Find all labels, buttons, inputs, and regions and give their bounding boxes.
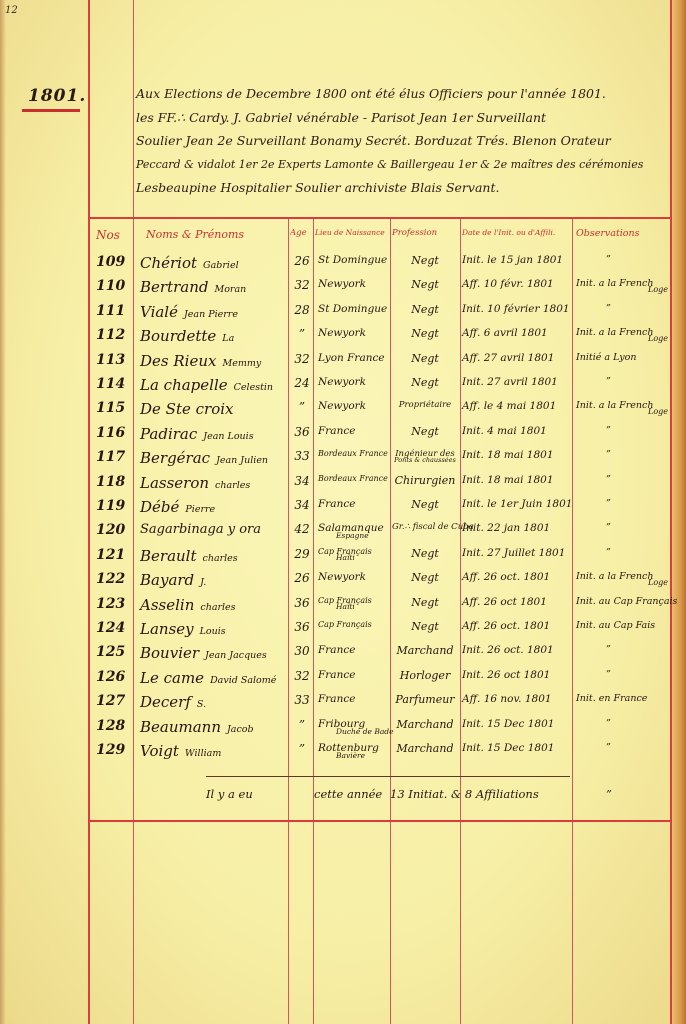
initiation-date: Init. 18 mai 1801 xyxy=(462,449,572,461)
table-row: 129VoigtWilliam”RottenburgBavièreMarchan… xyxy=(0,742,686,768)
member-number: 128 xyxy=(96,718,132,734)
profession-main: Negt xyxy=(411,327,439,340)
table-bottom-rule xyxy=(88,820,672,822)
observation: Init. a la FrenchLoge xyxy=(576,400,676,416)
surname: Le came xyxy=(140,669,204,687)
initiation-date: Init. 18 mai 1801 xyxy=(462,474,572,486)
member-name: VoigtWilliam xyxy=(140,742,288,760)
table-row: 116PadiracJean Louis36FranceNegtInit. 4 … xyxy=(0,425,686,451)
given-names: Jean Louis xyxy=(203,431,253,442)
given-names: Louis xyxy=(200,626,226,637)
birthplace: France xyxy=(318,644,390,653)
initiation-date: Aff. le 4 mai 1801 xyxy=(462,400,572,412)
member-name: BourdetteLa xyxy=(140,327,288,345)
member-name: Beraultcharles xyxy=(140,547,288,565)
profession: Negt xyxy=(392,303,458,313)
surname: Voigt xyxy=(140,742,179,760)
member-number: 125 xyxy=(96,644,132,660)
age: 33 xyxy=(292,693,312,707)
observation-main: ” xyxy=(606,254,611,265)
birthplace-main: Newyork xyxy=(318,571,366,583)
age: 29 xyxy=(292,547,312,561)
observation-main: Init. au Cap Fais xyxy=(576,620,655,631)
observation: Init. a la FrenchLoge xyxy=(576,571,676,587)
initiation-date: Init. 27 Juillet 1801 xyxy=(462,547,572,559)
initiation-date: Init. 22 jan 1801 xyxy=(462,522,572,534)
table-row: 122BayardJ.26NewyorkNegtAff. 26 oct. 180… xyxy=(0,571,686,597)
profession: Negt xyxy=(392,620,458,630)
birthplace-region: Duché de Bade xyxy=(336,727,390,736)
member-name: Le cameDavid Salomé xyxy=(140,669,288,687)
given-names: La xyxy=(222,333,234,344)
birthplace-main: France xyxy=(318,425,355,437)
profession: Negt xyxy=(392,376,458,386)
profession-main: Propriétaire xyxy=(399,400,451,410)
member-name: ChériotGabriel xyxy=(140,254,288,272)
observation-main: Init. a la French xyxy=(576,400,653,411)
surname: Asselin xyxy=(140,596,194,614)
profession: Chirurgien xyxy=(392,474,458,484)
age: 32 xyxy=(292,278,312,292)
profession: Negt xyxy=(392,571,458,581)
observation: Init. a la FrenchLoge xyxy=(576,278,676,294)
profession: Negt xyxy=(392,425,458,435)
header-observations: Observations xyxy=(576,228,672,239)
header-date: Date de l'Init. ou d'Affili. xyxy=(462,228,572,237)
surname: Débé xyxy=(140,498,179,516)
age: 28 xyxy=(292,303,312,317)
profession: Negt xyxy=(392,547,458,557)
given-names: Memmy xyxy=(222,358,261,369)
surname: Chériot xyxy=(140,254,197,272)
header-name: Noms & Prénoms xyxy=(146,228,286,241)
summary-text: Il y a eu xyxy=(206,787,253,801)
birthplace: France xyxy=(318,693,390,702)
given-names: Jacob xyxy=(227,724,254,735)
observation-main: Init. a la French xyxy=(576,278,653,289)
initiation-date: Aff. 26 oct. 1801 xyxy=(462,571,572,583)
given-names: Gabriel xyxy=(203,260,239,271)
age: ” xyxy=(292,742,312,756)
observation-main: ” xyxy=(606,474,611,485)
member-name: BergéracJean Julien xyxy=(140,449,288,467)
initiation-date: Init. 27 avril 1801 xyxy=(462,376,572,388)
birthplace: Newyork xyxy=(318,327,390,336)
member-number: 117 xyxy=(96,449,132,465)
member-name: DecerfS. xyxy=(140,693,288,711)
age: 36 xyxy=(292,425,312,439)
observation: Initié a Lyon xyxy=(576,352,676,359)
birthplace: Cap FrançaisHaïti xyxy=(318,547,390,562)
member-number: 120 xyxy=(96,522,132,538)
birthplace-main: France xyxy=(318,498,355,510)
age: 36 xyxy=(292,620,312,634)
age: 34 xyxy=(292,474,312,488)
surname: Bouvier xyxy=(140,644,199,662)
table-row: 115De Ste croix”NewyorkPropriétaireAff. … xyxy=(0,400,686,426)
profession: Negt xyxy=(392,254,458,264)
age: 42 xyxy=(292,522,312,536)
member-name: Asselincharles xyxy=(140,596,288,614)
surname: La chapelle xyxy=(140,376,228,394)
observation-main: ” xyxy=(606,669,611,680)
observation-main: Init. a la French xyxy=(576,571,653,582)
age: 33 xyxy=(292,449,312,463)
initiation-date: Aff. 26 oct 1801 xyxy=(462,596,572,608)
birthplace-main: France xyxy=(318,693,355,705)
table-row: 125BouvierJean Jacques30FranceMarchandIn… xyxy=(0,644,686,670)
member-number: 119 xyxy=(96,498,132,514)
given-names: charles xyxy=(200,602,235,613)
surname: De Ste croix xyxy=(140,400,233,418)
initiation-date: Aff. 10 févr. 1801 xyxy=(462,278,572,290)
surname: Beaumann xyxy=(140,718,221,736)
header-age: Age xyxy=(290,228,312,238)
initiation-date: Init. 15 Dec 1801 xyxy=(462,718,572,730)
surname: Padirac xyxy=(140,425,197,443)
initiation-date: Aff. 6 avril 1801 xyxy=(462,327,572,339)
birthplace-main: Bordeaux France xyxy=(318,474,388,483)
member-number: 113 xyxy=(96,352,132,368)
surname: Des Rieux xyxy=(140,352,216,370)
initiation-date: Aff. 26 oct. 1801 xyxy=(462,620,572,632)
observation: ” xyxy=(576,669,686,676)
member-number: 122 xyxy=(96,571,132,587)
observation-main: Init. a la French xyxy=(576,327,653,338)
observation-main: ” xyxy=(606,498,611,509)
birthplace: St Domingue xyxy=(318,254,390,263)
member-number: 118 xyxy=(96,474,132,490)
age: 30 xyxy=(292,644,312,658)
given-names: Pierre xyxy=(185,504,215,515)
observation: ” xyxy=(576,742,686,749)
observation-main: ” xyxy=(606,449,611,460)
year-heading: 1801. xyxy=(28,86,86,106)
birthplace: Cap Français xyxy=(318,620,390,626)
profession-main: Negt xyxy=(411,571,439,584)
birthplace: Bordeaux France xyxy=(318,474,390,480)
birthplace: FribourgDuché de Bade xyxy=(318,718,390,736)
observation: ” xyxy=(576,425,686,432)
table-row: 126Le cameDavid Salomé32FranceHorlogerIn… xyxy=(0,669,686,695)
initiation-date: Init. le 15 jan 1801 xyxy=(462,254,572,266)
profession: Marchand xyxy=(392,644,458,654)
profession-main: Marchand xyxy=(396,742,453,755)
observation-main: ” xyxy=(606,376,611,387)
observation: Init. a la FrenchLoge xyxy=(576,327,676,343)
table-row: 127DecerfS.33FranceParfumeurAff. 16 nov.… xyxy=(0,693,686,719)
given-names: S. xyxy=(197,699,206,710)
member-name: La chapelleCelestin xyxy=(140,376,288,394)
profession: Propriétaire xyxy=(392,400,458,407)
profession-main: Negt xyxy=(411,303,439,316)
birthplace-main: Cap Français xyxy=(318,620,372,629)
table-row: 123Asselincharles36Cap FrançaisHaïtiNegt… xyxy=(0,596,686,622)
page-number: 12 xyxy=(5,5,18,16)
birthplace: France xyxy=(318,498,390,507)
surname: Bertrand xyxy=(140,278,208,296)
surname: Berault xyxy=(140,547,197,565)
member-name: Des RieuxMemmy xyxy=(140,352,288,370)
observation-main: Initié a Lyon xyxy=(576,352,636,363)
table-row: 118Lasseroncharles34Bordeaux FranceChiru… xyxy=(0,474,686,500)
given-names: Jean Jacques xyxy=(205,650,267,661)
given-names: William xyxy=(185,748,221,759)
member-name: BouvierJean Jacques xyxy=(140,644,288,662)
observation: Init. au Cap Français xyxy=(576,596,676,603)
surname: Bayard xyxy=(140,571,194,589)
age: ” xyxy=(292,400,312,414)
birthplace: France xyxy=(318,669,390,678)
birthplace: St Domingue xyxy=(318,303,390,312)
profession: Negt xyxy=(392,327,458,337)
profession-main: Negt xyxy=(411,547,439,560)
profession-main: Horloger xyxy=(400,669,450,682)
member-number: 123 xyxy=(96,596,132,612)
birthplace: Bordeaux France xyxy=(318,449,390,455)
member-number: 109 xyxy=(96,254,132,270)
table-row: 128BeaumannJacob”FribourgDuché de BadeMa… xyxy=(0,718,686,744)
observation: ” xyxy=(576,254,686,261)
observation: ” xyxy=(576,449,686,456)
birthplace-main: Bordeaux France xyxy=(318,449,388,458)
member-name: LanseyLouis xyxy=(140,620,288,638)
birthplace-main: France xyxy=(318,644,355,656)
profession: Gr.∴ fiscal de Cuba xyxy=(392,522,458,529)
profession-main: Negt xyxy=(411,620,439,633)
observation-main: Init. en France xyxy=(576,693,647,704)
observation-main: ” xyxy=(606,644,611,655)
surname: Lansey xyxy=(140,620,194,638)
surname: Bourdette xyxy=(140,327,216,345)
profession-main: Negt xyxy=(411,278,439,291)
member-name: PadiracJean Louis xyxy=(140,425,288,443)
total-underline xyxy=(206,776,570,777)
observation: ” xyxy=(576,303,686,310)
table-row: 124LanseyLouis36Cap FrançaisNegtAff. 26 … xyxy=(0,620,686,646)
table-row: 120Sagarbinaga y ora42SalamanqueEspagneG… xyxy=(0,522,686,548)
birthplace-main: France xyxy=(318,669,355,681)
observation-main: ” xyxy=(606,718,611,729)
member-number: 129 xyxy=(96,742,132,758)
member-number: 126 xyxy=(96,669,132,685)
observation-main: ” xyxy=(606,303,611,314)
profession-main: Marchand xyxy=(396,644,453,657)
age: ” xyxy=(292,327,312,341)
profession-main: Negt xyxy=(411,254,439,267)
observation: ” xyxy=(576,522,686,529)
birthplace: Cap FrançaisHaïti xyxy=(318,596,390,611)
birthplace-main: Newyork xyxy=(318,400,366,412)
member-name: BeaumannJacob xyxy=(140,718,288,736)
table-row: 117BergéracJean Julien33Bordeaux FranceI… xyxy=(0,449,686,475)
age: 26 xyxy=(292,571,312,585)
profession-main: Negt xyxy=(411,352,439,365)
observation: ” xyxy=(576,718,686,725)
member-number: 110 xyxy=(96,278,132,294)
member-number: 121 xyxy=(96,547,132,563)
profession-main: Chirurgien xyxy=(395,474,456,487)
birthplace: Newyork xyxy=(318,571,390,580)
observation: Init. en France xyxy=(576,693,676,700)
age: ” xyxy=(292,718,312,732)
member-number: 112 xyxy=(96,327,132,343)
table-row: 114La chapelleCelestin24NewyorkNegtInit.… xyxy=(0,376,686,402)
profession: Marchand xyxy=(392,742,458,752)
observation-main: ” xyxy=(606,742,611,753)
age: 32 xyxy=(292,352,312,366)
birthplace-main: Lyon France xyxy=(318,352,385,364)
intro-line: les FF.∴ Cardy. J. Gabriel vénérable - P… xyxy=(136,106,676,130)
intro-line: Peccard & vidalot 1er 2e Experts Lamonte… xyxy=(136,153,676,177)
header-profession: Profession xyxy=(392,228,458,238)
header-birthplace: Lieu de Naissance xyxy=(315,228,389,237)
birthplace-region: Bavière xyxy=(336,751,390,760)
given-names: Jean Julien xyxy=(216,455,268,466)
profession: Negt xyxy=(392,352,458,362)
birthplace-main: St Domingue xyxy=(318,303,387,315)
member-number: 116 xyxy=(96,425,132,441)
table-row: 112BourdetteLa”NewyorkNegtAff. 6 avril 1… xyxy=(0,327,686,353)
initiation-date: Aff. 16 nov. 1801 xyxy=(462,693,572,705)
table-row: 111VialéJean Pierre28St DomingueNegtInit… xyxy=(0,303,686,329)
age: 34 xyxy=(292,498,312,512)
profession-main: Parfumeur xyxy=(395,693,454,706)
initiation-date: Init. le 1er Juin 1801 xyxy=(462,498,572,510)
profession: Negt xyxy=(392,498,458,508)
member-number: 111 xyxy=(96,303,132,319)
birthplace-main: St Domingue xyxy=(318,254,387,266)
table-header: Nos Noms & Prénoms Age Lieu de Naissance… xyxy=(0,228,686,250)
observation: ” xyxy=(576,498,686,505)
profession: Negt xyxy=(392,278,458,288)
given-names: Celestin xyxy=(234,382,273,393)
observation-main: ” xyxy=(606,522,611,533)
surname: Lasseron xyxy=(140,474,209,492)
member-name: DébéPierre xyxy=(140,498,288,516)
table-row: 113Des RieuxMemmy32Lyon FranceNegtAff. 2… xyxy=(0,352,686,378)
profession-main: Negt xyxy=(411,376,439,389)
member-number: 127 xyxy=(96,693,132,709)
profession: Horloger xyxy=(392,669,458,679)
profession-detail: Ponts & chaussées xyxy=(392,456,458,464)
observation: ” xyxy=(576,547,686,554)
age: 26 xyxy=(292,254,312,268)
initiation-date: Init. 15 Dec 1801 xyxy=(462,742,572,754)
birthplace: Newyork xyxy=(318,278,390,287)
surname: Decerf xyxy=(140,693,191,711)
member-name: Sagarbinaga y ora xyxy=(140,522,288,537)
given-names: charles xyxy=(215,480,250,491)
age: 36 xyxy=(292,596,312,610)
age: 24 xyxy=(292,376,312,390)
observation-main: ” xyxy=(606,425,611,436)
birthplace-main: Newyork xyxy=(318,376,366,388)
member-number: 124 xyxy=(96,620,132,636)
birthplace: RottenburgBavière xyxy=(318,742,390,760)
observation: ” xyxy=(576,474,686,481)
table-row: 109ChériotGabriel26St DomingueNegtInit. … xyxy=(0,254,686,280)
given-names: David Salomé xyxy=(210,675,276,686)
initiation-date: Aff. 27 avril 1801 xyxy=(462,352,572,364)
initiation-date: Init. 26 oct. 1801 xyxy=(462,644,572,656)
table-top-rule xyxy=(88,217,672,219)
observation: ” xyxy=(576,644,686,651)
summary-totals: 13 Initiat. & 8 Affiliations xyxy=(390,787,539,801)
header-number: Nos xyxy=(96,228,132,242)
summary-text: cette année xyxy=(314,787,382,801)
member-name: BertrandMoran xyxy=(140,278,288,296)
profession: Ingénieur desPonts & chaussées xyxy=(392,449,458,464)
profession-main: Negt xyxy=(411,596,439,609)
given-names: charles xyxy=(203,553,238,564)
member-name: BayardJ. xyxy=(140,571,288,589)
profession-main: Negt xyxy=(411,498,439,511)
birthplace-main: Newyork xyxy=(318,278,366,290)
observation-main: ” xyxy=(606,547,611,558)
member-name: De Ste croix xyxy=(140,400,288,418)
member-number: 115 xyxy=(96,400,132,416)
given-names: J. xyxy=(200,577,206,588)
surname: Bergérac xyxy=(140,449,210,467)
table-row: 119DébéPierre34FranceNegtInit. le 1er Ju… xyxy=(0,498,686,524)
birthplace-main: Newyork xyxy=(318,327,366,339)
profession-main: Negt xyxy=(411,425,439,438)
table-row: 121Beraultcharles29Cap FrançaisHaïtiNegt… xyxy=(0,547,686,573)
year-underline xyxy=(22,109,80,112)
surname: Vialé xyxy=(140,303,178,321)
observation: ” xyxy=(576,376,686,383)
officers-election-text: Aux Elections de Decembre 1800 ont été é… xyxy=(136,82,676,200)
observation: Init. au Cap Fais xyxy=(576,620,676,627)
age: 32 xyxy=(292,669,312,683)
profession-main: Marchand xyxy=(396,718,453,731)
table-row: 110BertrandMoran32NewyorkNegtAff. 10 fév… xyxy=(0,278,686,304)
birthplace: France xyxy=(318,425,390,434)
profession: Parfumeur xyxy=(392,693,458,703)
member-name: VialéJean Pierre xyxy=(140,303,288,321)
birthplace: Newyork xyxy=(318,400,390,409)
intro-line: Lesbeaupine Hospitalier Soulier archivis… xyxy=(136,176,676,200)
given-names: Moran xyxy=(214,284,246,295)
surname: Sagarbinaga y ora xyxy=(140,522,261,537)
profession: Negt xyxy=(392,596,458,606)
initiation-date: Init. 10 février 1801 xyxy=(462,303,572,315)
initiation-date: Init. 4 mai 1801 xyxy=(462,425,572,437)
member-name: Lasseroncharles xyxy=(140,474,288,492)
ledger-page: 12 1801. Aux Elections de Decembre 1800 … xyxy=(0,0,686,1024)
intro-line: Soulier Jean 2e Surveillant Bonamy Secré… xyxy=(136,129,676,153)
profession: Marchand xyxy=(392,718,458,728)
birthplace: SalamanqueEspagne xyxy=(318,522,390,540)
observation-main: Init. au Cap Français xyxy=(576,596,677,607)
birthplace: Newyork xyxy=(318,376,390,385)
initiation-date: Init. 26 oct 1801 xyxy=(462,669,572,681)
summary-ditto: ” xyxy=(606,787,612,801)
member-number: 114 xyxy=(96,376,132,392)
given-names: Jean Pierre xyxy=(184,309,238,320)
intro-line: Aux Elections de Decembre 1800 ont été é… xyxy=(136,82,676,106)
birthplace: Lyon France xyxy=(318,352,390,361)
